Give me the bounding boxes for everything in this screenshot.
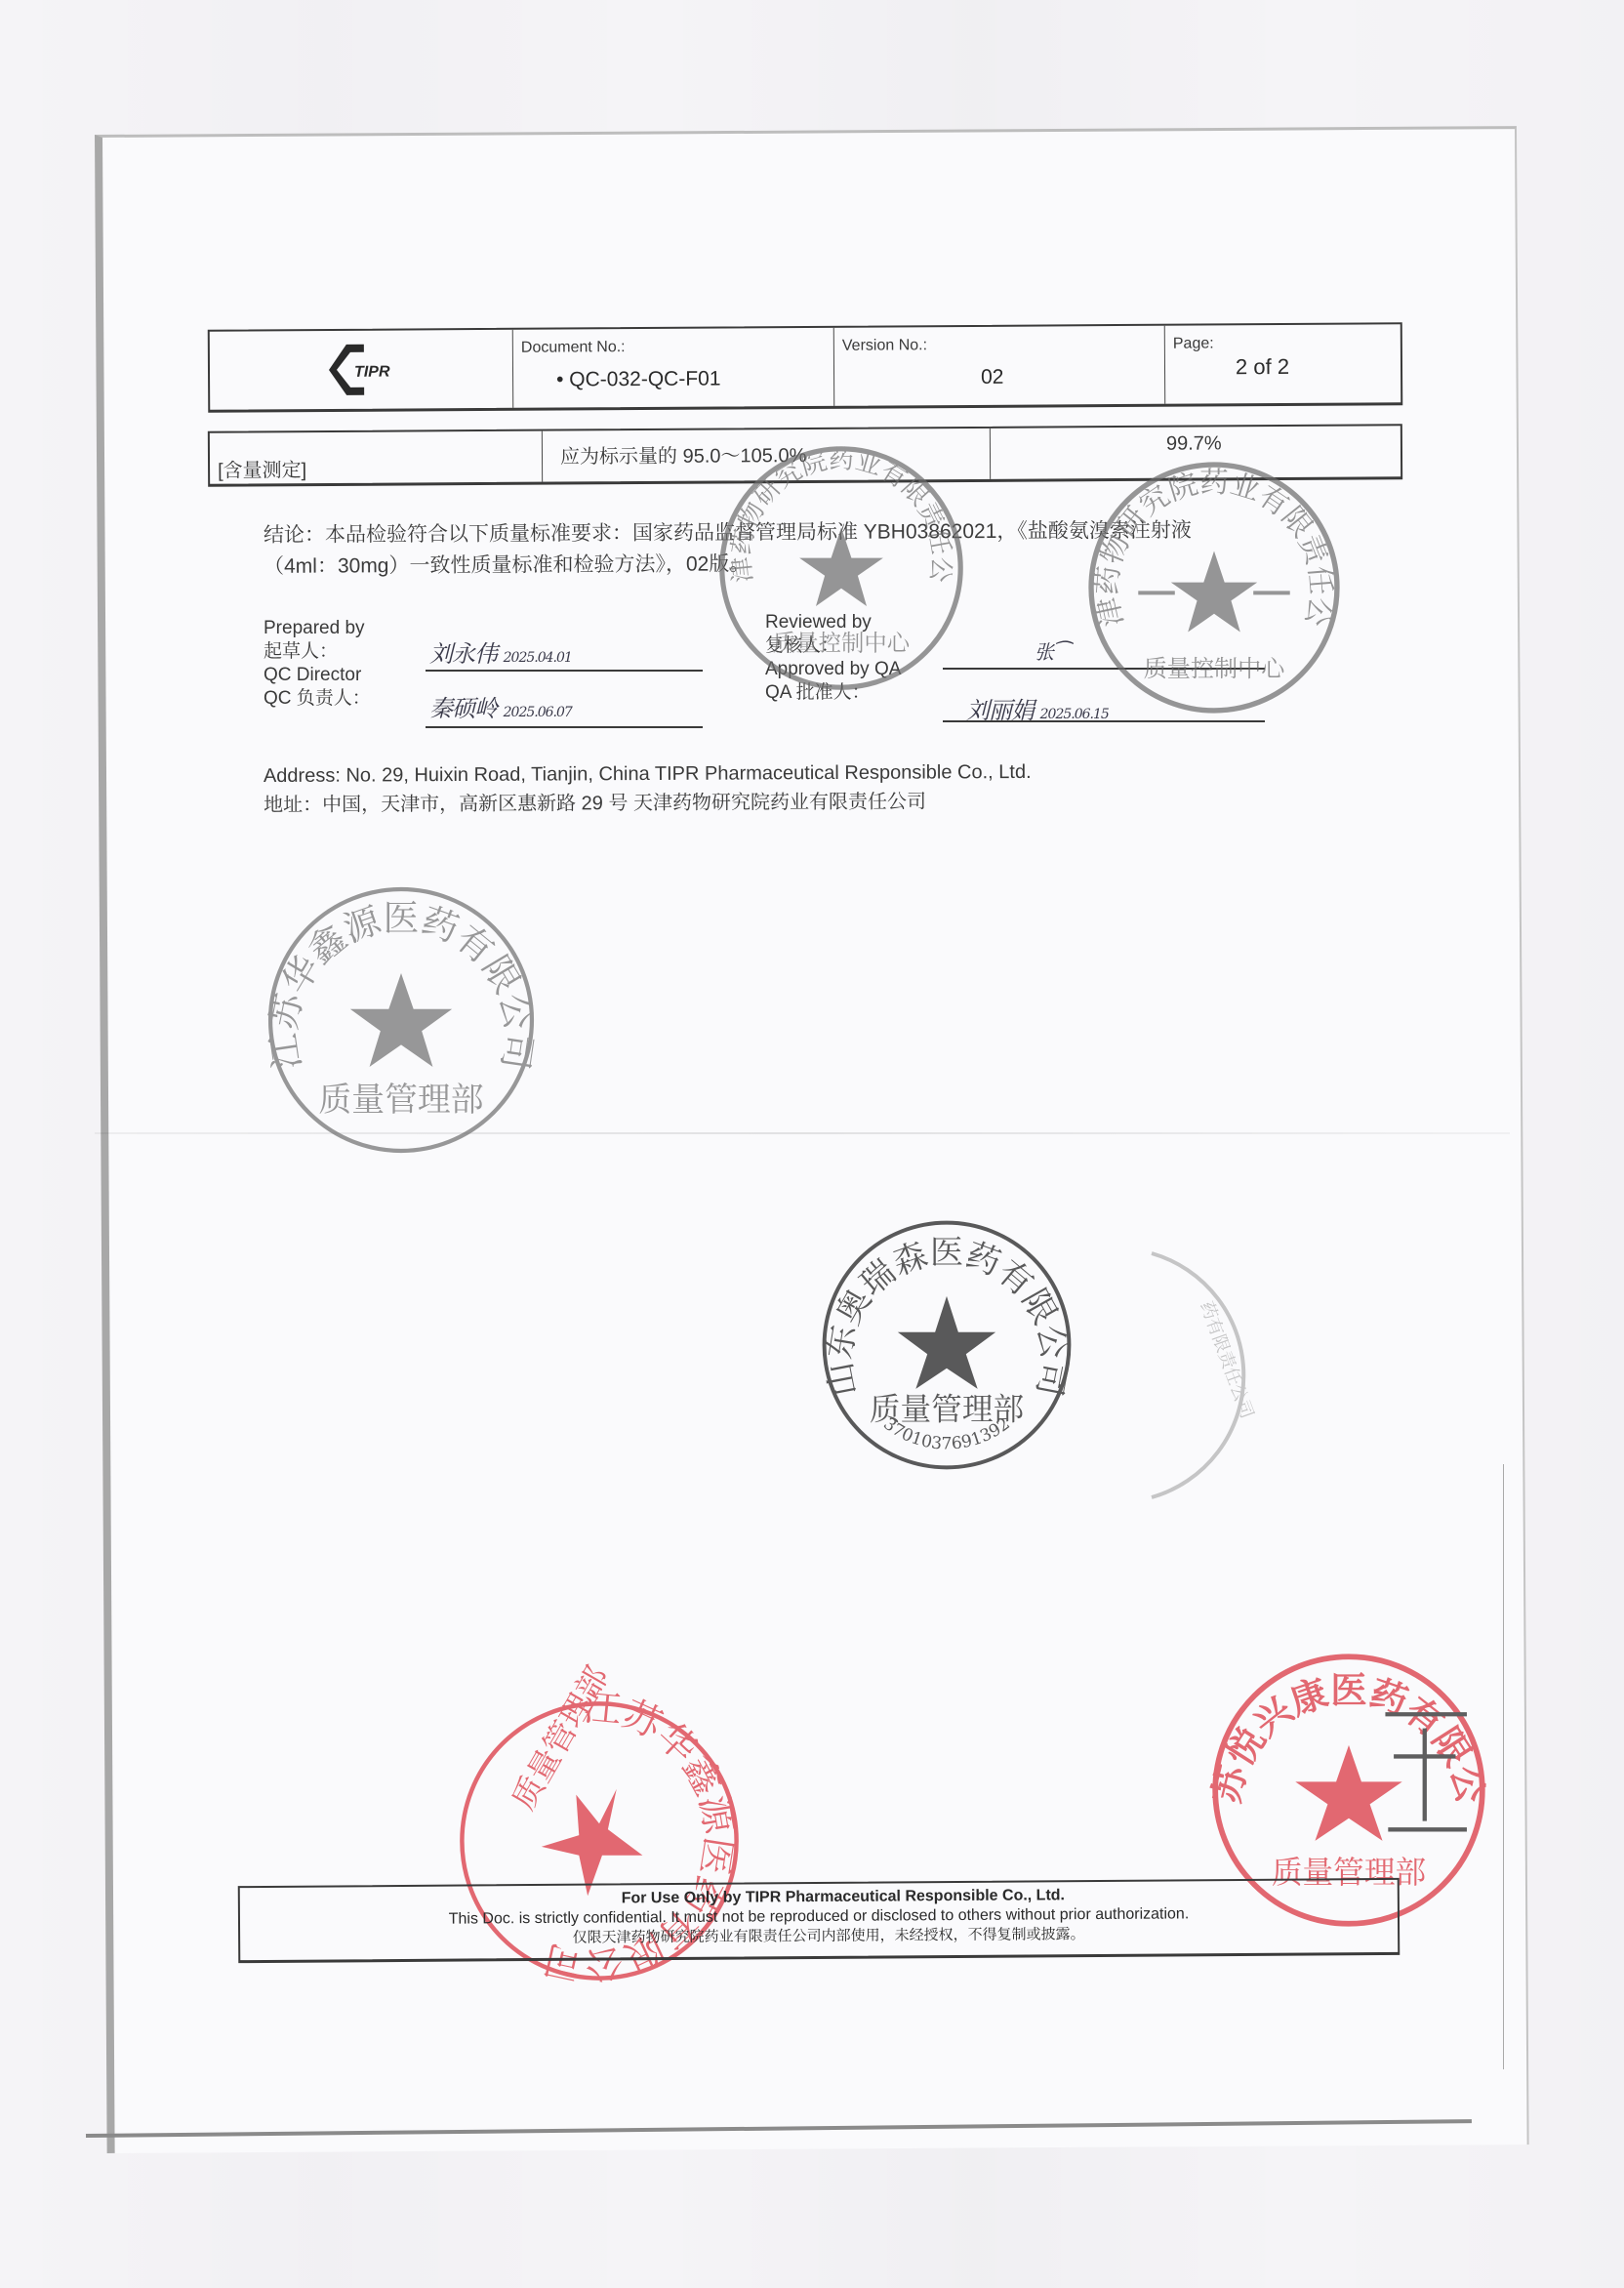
prepared-by-en: Prepared by — [264, 617, 371, 640]
huaxinyuan-gray-stamp: 江苏华鑫源医药有限公司 质量管理部 — [264, 882, 539, 1158]
tipr-logo: TIPR — [319, 341, 403, 400]
prepared-date: 2025.04.01 — [504, 650, 572, 666]
svg-text:质量管理部: 质量管理部 — [318, 1081, 483, 1119]
paper-edge-right — [1503, 1464, 1504, 2069]
qc-director-signature: 秦硕岭 2025.06.07 — [429, 689, 572, 723]
address-cn: 地址：中国，天津市，高新区惠新路 29 号 天津药物研究院药业有限责任公司 — [264, 787, 1032, 820]
logo-cell: TIPR — [210, 330, 513, 410]
version-value: 02 — [981, 366, 1004, 389]
qc-director-date: 2025.06.07 — [504, 705, 572, 720]
stamp-seal-icon: 江苏华鑫源医药有限公司 质量管理部 — [264, 882, 539, 1158]
qc-director-cn: QC 负责人： — [264, 687, 371, 711]
prepared-by-label: Prepared by 起草人： QC Director QC 负责人： — [264, 617, 371, 711]
confidentiality-footer: For Use Only by TIPR Pharmaceutical Resp… — [238, 1878, 1401, 1963]
version-cell: Version No.: 02 — [834, 326, 1165, 406]
version-label: Version No.: — [842, 337, 927, 355]
page-cell: Page: 2 of 2 — [1165, 324, 1401, 403]
reviewed-signature: 张⁀ — [1035, 636, 1068, 665]
qc-director-signature-name: 秦硕岭 — [429, 695, 497, 722]
qc-director-signature-line — [426, 726, 703, 728]
stamp-seal-icon: 山东奥瑞森医药有限公司 质量管理部 3701037691392 — [818, 1216, 1076, 1474]
address-en: Address: No. 29, Huixin Road, Tianjin, C… — [264, 757, 1032, 791]
company-address: Address: No. 29, Huixin Road, Tianjin, C… — [264, 757, 1032, 820]
assay-item-cell: [含量测定] — [210, 431, 543, 484]
prepared-signature: 刘永伟 2025.04.01 — [429, 634, 572, 669]
svg-text:药有限责任公司: 药有限责任公司 — [1196, 1299, 1257, 1422]
tipr-logo-icon: TIPR — [319, 341, 403, 400]
aoruisen-stamp: 山东奥瑞森医药有限公司 质量管理部 3701037691392 — [818, 1216, 1076, 1474]
qc-director-en: QC Director — [264, 664, 371, 687]
svg-text:质量控制中心: 质量控制中心 — [773, 630, 912, 657]
assay-item: [含量测定] — [218, 454, 306, 483]
page-label: Page: — [1173, 335, 1214, 352]
approved-signature-line — [943, 720, 1265, 722]
document-no-value: • QC-032-QC-F01 — [556, 368, 721, 392]
assay-result: 99.7% — [1166, 432, 1222, 455]
prepared-signature-name: 刘永伟 — [429, 640, 497, 668]
tipr-qc-stamp-2: 天津药物研究院药业有限责任公司 质量控制中心 — [1083, 457, 1345, 718]
page-value: 2 of 2 — [1236, 354, 1289, 380]
document-no-label: Document No.: — [521, 339, 626, 357]
stamp-seal-icon: 药有限责任公司 — [1142, 1246, 1279, 1505]
document-header-table: TIPR Document No.: • QC-032-QC-F01 Versi… — [208, 322, 1402, 412]
document-number-cell: Document No.: • QC-032-QC-F01 — [513, 328, 834, 408]
svg-text:质量控制中心: 质量控制中心 — [1144, 655, 1286, 682]
tipr-qc-stamp-1: 天津药物研究院药业有限责任公司 质量控制中心 — [714, 441, 968, 695]
partial-gray-stamp: 药有限责任公司 — [1142, 1246, 1279, 1505]
svg-text:TIPR: TIPR — [354, 364, 390, 381]
stamp-seal-icon: 天津药物研究院药业有限责任公司 质量控制中心 — [714, 441, 968, 695]
stamp-seal-icon: 天津药物研究院药业有限责任公司 质量控制中心 — [1083, 457, 1345, 718]
prepared-by-cn: 起草人： — [264, 640, 371, 664]
prepared-signature-line — [426, 670, 703, 672]
